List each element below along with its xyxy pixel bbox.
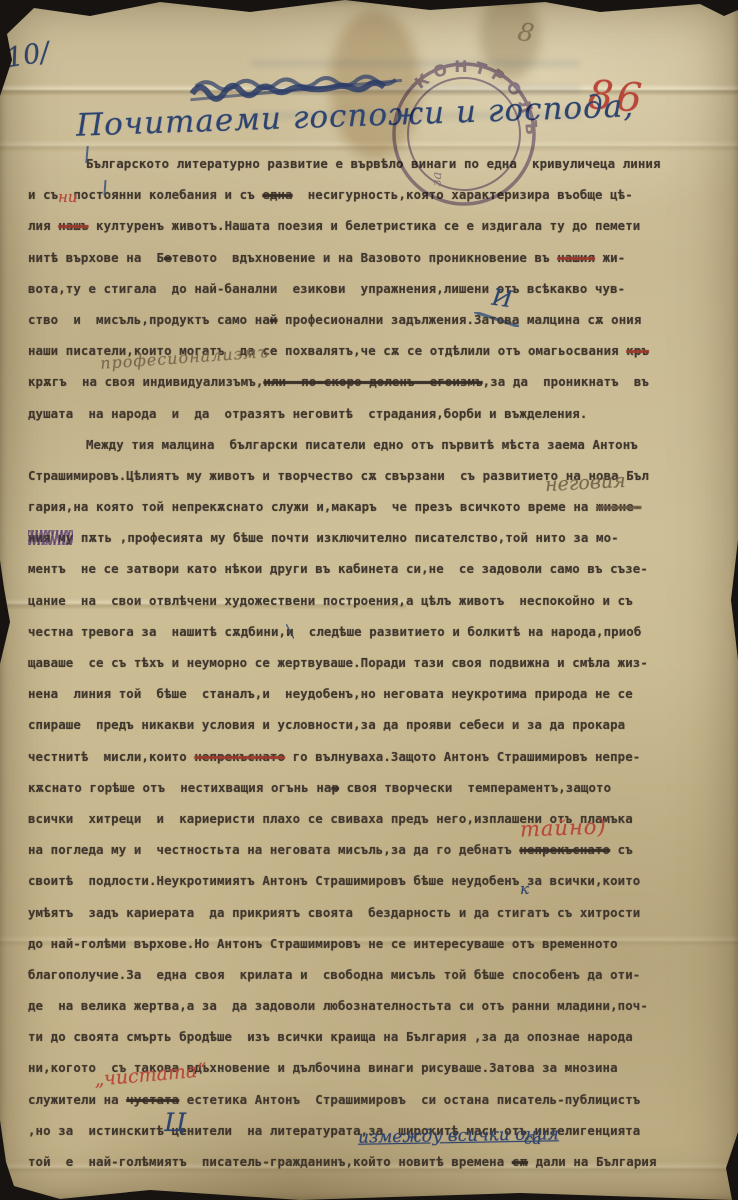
corner-number-ink: 10/ (4, 37, 52, 74)
paper-sheet: Българското литературно развитие е вървѣ… (0, 0, 738, 1200)
typed-line: кѫснато горѣше отъ нестихващия огънь нар… (0, 772, 738, 803)
typed-line: гария,на която той непрекѫснато служи и,… (0, 491, 738, 522)
typed-line: крѫгъ на своя индивидуализъмъ,или по-ско… (0, 366, 738, 397)
typed-line: честнитѣ мисли,които непрекъснато го въл… (0, 741, 738, 772)
typed-line: своитѣ подлости.Неукротимиятъ Антонъ Стр… (0, 865, 738, 896)
typed-line: ти до своята смърть бродѣше изъ всички к… (0, 1021, 738, 1052)
typed-line: ,но за истинскитѣ ценители на литература… (0, 1115, 738, 1146)
typed-line: благополучие.За една своя крилата и своб… (0, 959, 738, 990)
svg-text:за: за (430, 171, 446, 187)
typed-line: спираше предъ никакви условия и условнос… (0, 709, 738, 740)
scribbled-out-line (187, 64, 408, 108)
typed-line: до най-голѣми върхове.Но Антонъ Страшими… (0, 928, 738, 959)
typed-line: лия нашъ културенъ животъ.Нашата поезия … (0, 210, 738, 241)
corner-number-pencil: 8 (516, 17, 537, 48)
typed-line: щаваше се съ тѣхъ и неуморно се жертвува… (0, 647, 738, 678)
typed-line: всички хитреци и кариеристи плахо се сви… (0, 803, 738, 834)
typed-line: душата на народа и да отразятъ неговитѣ … (0, 398, 738, 429)
typed-line: ни,когото съ такова вдъхновение и дълбоч… (0, 1052, 738, 1083)
scanned-document-page: Българското литературно развитие е вървѣ… (0, 0, 738, 1200)
typed-line: де на велика жертва,а за да задоволи люб… (0, 990, 738, 1021)
typed-line: Страшимировъ.Цѣлиятъ му животъ и творчес… (0, 460, 738, 491)
typed-line: нена линия той бѣше станалъ,и неудобенъ,… (0, 678, 738, 709)
typed-line: ство и мисъль,продуктъ само най професио… (0, 304, 738, 335)
typed-line: честна тревога за нашитѣ сѫдбини,и следѣ… (0, 616, 738, 647)
corner-number-red: 86 (586, 72, 646, 122)
typed-line: служители на чустата естетика Антонъ Стр… (0, 1084, 738, 1115)
typed-line: цание на свои отвлѣчени художествени пос… (0, 585, 738, 616)
typed-line: и съ постоянни колебания и съ една несиг… (0, 179, 738, 210)
svg-text:КОНТРОЛЪ: КОНТРОЛЪ (408, 26, 563, 169)
typed-line: вота,ту е стигала до най-банални езикови… (0, 273, 738, 304)
typed-line: умѣятъ задъ кариерата да прикриятъ своят… (0, 897, 738, 928)
typed-line: на погледа му и честностьта на неговата … (0, 834, 738, 865)
typed-body: Българското литературно развитие е вървѣ… (0, 148, 738, 1177)
typed-line: ния му пѫть ,професията му бѣше почти из… (0, 522, 738, 553)
typed-line: наши писатели,които могатъ да се похваля… (0, 335, 738, 366)
typed-line: ментъ не се затвори като нѣкои други въ … (0, 553, 738, 584)
typed-line: Между тия малцина български писатели едн… (0, 429, 738, 460)
typed-line: нитѣ върхове на Бетевото вдъхновение и н… (0, 242, 738, 273)
typed-line: той е най-голѣмиятъ писатель-гражданинъ,… (0, 1146, 738, 1177)
